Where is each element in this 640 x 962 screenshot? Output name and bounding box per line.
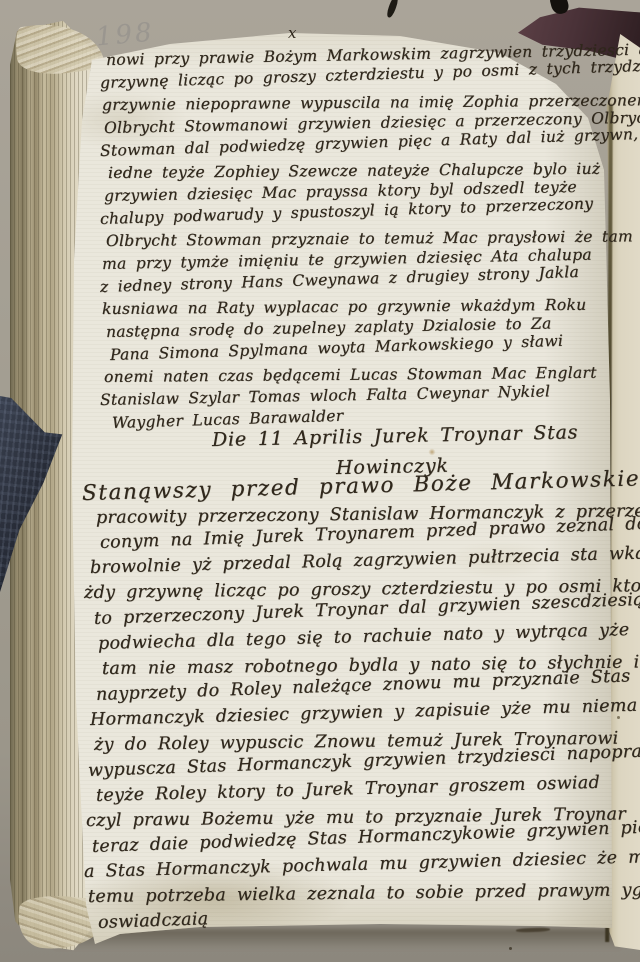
dark-object-top-center [385, 0, 399, 19]
dust-speck [509, 947, 512, 950]
pencil-page-number: 198 [95, 19, 156, 50]
manuscript-line: temu potrzeba wielka zeznala to sobie pr… [88, 881, 640, 907]
record-2-text-block: Stanąwszy przed prawo Boże Markowskie pr… [82, 482, 622, 942]
manuscript-line: Stanislaw Szylar Tomas wloch Falta Cweyn… [100, 383, 551, 409]
record-1-text-block: nowi przy prawie Bożym Markowskim zagrzy… [100, 52, 620, 432]
manuscript-line: oswiadczaią [98, 910, 209, 933]
manuscript-line: teyże Roley ktory to Jurek Troynar grosz… [96, 774, 601, 806]
dust-speck [617, 716, 620, 719]
collation-mark-x: x [288, 26, 296, 41]
photograph-of-manuscript-book: 198 x nowi przy prawie Bożym Markowskim … [0, 0, 640, 962]
